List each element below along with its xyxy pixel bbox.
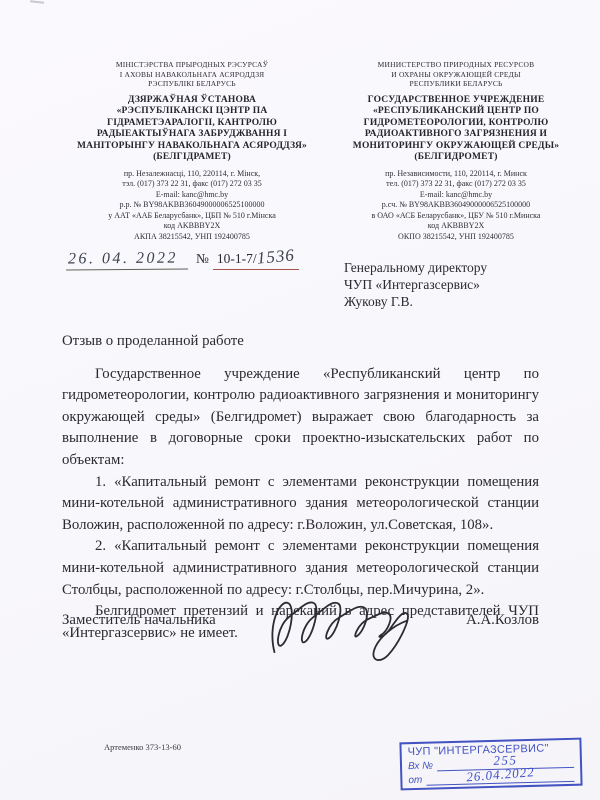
scan-artifact [30,0,44,3]
recipient-block: Генеральному директору ЧУП «Интергазсерв… [344,259,487,310]
org-line: ГІДРАМЕТЭАРАЛОГІІ, КАНТРОЛЮ [60,118,324,130]
org-line: ГОСУДАРСТВЕННОЕ УЧРЕЖДЕНИЕ [333,95,579,107]
org-line: (БЕЛГИДРОМЕТ) [333,152,579,164]
address-line: пр. Независимости, 110, 220114, г. Минск [333,169,579,180]
address-line: код AKBBBY2X [333,221,579,232]
handwritten-date: 26. 04. 2022 [66,249,188,270]
org-line: ДЗЯРЖАЎНАЯ ЎСТАНОВА [60,95,324,107]
org-line: МОНИТОРИНГУ ОКРУЖАЮЩЕЙ СРЕДЫ» [333,141,579,153]
ministry-line: РЭСПУБЛІКІ БЕЛАРУСЬ [60,79,324,89]
stamp-date-label: от [408,775,426,786]
address-line: E-mail: kanc@hmc.by [60,190,324,201]
address-block-ru: пр. Независимости, 110, 220114, г. Минск… [333,169,579,243]
address-block-by: пр. Незалежнасці, 110, 220114, г. Мінск,… [60,169,324,243]
incoming-stamp: ЧУП "ИНТЕРГАЗСЕРВИС" Вх № 255 от 26.04.2… [399,738,582,791]
letterhead-russian: МИНИСТЕРСТВО ПРИРОДНЫХ РЕСУРСОВ И ОХРАНЫ… [333,60,579,242]
address-line: пр. Незалежнасці, 110, 220114, г. Мінск, [60,169,324,180]
address-line: код AKBBBY2X [60,221,324,232]
signature-scribble [265,585,430,673]
letterhead-belarusian: МІНІСТЭРСТВА ПРЫРОДНЫХ РЭСУРСАЎ І АХОВЫ … [60,60,324,242]
ministry-block-ru: МИНИСТЕРСТВО ПРИРОДНЫХ РЕСУРСОВ И ОХРАНЫ… [333,60,579,89]
number-sign: № [188,251,213,266]
org-line: ГИДРОМЕТЕОРОЛОГИИ, КОНТРОЛЮ [333,118,579,130]
address-line: у ААТ «ААБ Беларусбанк», ЦБП № 510 г.Мін… [60,211,324,222]
ministry-line: РЕСПУБЛИКИ БЕЛАРУСЬ [333,79,579,89]
ministry-line: МИНИСТЕРСТВО ПРИРОДНЫХ РЕСУРСОВ [333,60,579,70]
ministry-line: И ОХРАНЫ ОКРУЖАЮЩЕЙ СРЕДЫ [333,70,579,80]
address-line: ОКПО 38215542, УНП 192400785 [333,232,579,243]
org-line: РАДИОАКТИВНОГО ЗАГРЯЗНЕНИЯ И [333,129,579,141]
recipient-line: ЧУП «Интергазсервис» [344,276,487,293]
executor-note: Артеменко 373-13-60 [104,742,181,752]
signer-title: Заместитель начальника [62,612,216,629]
org-line: «РЕСПУБЛИКАНСКИЙ ЦЕНТР ПО [333,106,579,118]
number-handwritten-part: 1536 [256,245,296,268]
stamp-date-line: 26.04.2022 [426,767,574,786]
body-paragraph: Государственное учреждение «Республиканс… [62,364,539,472]
signer-name: А.А.Козлов [466,612,539,629]
org-line: МАНІТОРЫНГУ НАВАКОЛЬНАГА АСЯРОДДЗЯ» [60,141,324,153]
signature-row: Заместитель начальника А.А.Козлов [62,612,539,629]
stamp-date-handwritten: 26.04.2022 [466,766,535,783]
organization-name-ru: ГОСУДАРСТВЕННОЕ УЧРЕЖДЕНИЕ «РЕСПУБЛИКАНС… [333,95,579,164]
date-and-number-line: 26. 04. 2022№10-1-7/1536 [66,248,299,270]
org-line: «РЭСПУБЛІКАНСКІ ЦЭНТР ПА [60,106,324,118]
body-list-item-1: 1. «Капитальный ремонт с элементами реко… [62,472,539,537]
org-line: (БЕЛГІДРАМЕТ) [60,152,324,164]
address-line: тэл. (017) 373 22 31, факс (017) 272 03 … [60,179,324,190]
address-line: р.сч. № BY98AKBB36049000006525100000 [333,200,579,211]
address-line: в ОАО «АСБ Беларусбанк», ЦБУ № 510 г.Мин… [333,211,579,222]
address-line: тел. (017) 373 22 31, факс (017) 272 03 … [333,179,579,190]
outgoing-number: 10-1-7/1536 [213,248,299,270]
number-typed-part: 10-1-7/ [217,251,257,266]
recipient-line: Жукову Г.В. [344,293,487,310]
ministry-line: МІНІСТЭРСТВА ПРЫРОДНЫХ РЭСУРСАЎ [60,60,324,70]
address-line: р.р. № BY98AKBB36049000006525100000 [60,200,324,211]
subject-line: Отзыв о проделанной работе [62,331,539,353]
scanned-letter-page: МІНІСТЭРСТВА ПРЫРОДНЫХ РЭСУРСАЎ І АХОВЫ … [0,0,600,800]
address-line: E-mail: kanc@hmc.by [333,190,579,201]
address-line: АКПА 38215542, УНП 192400785 [60,232,324,243]
organization-name-by: ДЗЯРЖАЎНАЯ ЎСТАНОВА «РЭСПУБЛІКАНСКІ ЦЭНТ… [60,95,324,164]
org-line: РАДЫЕАКТЫЎНАГА ЗАБРУДЖВАННЯ І [60,129,324,141]
stamp-date-row: от 26.04.2022 [408,768,574,786]
ministry-line: І АХОВЫ НАВАКОЛЬНАГА АСЯРОДДЗЯ [60,70,324,80]
ministry-block-by: МІНІСТЭРСТВА ПРЫРОДНЫХ РЭСУРСАЎ І АХОВЫ … [60,60,324,89]
recipient-line: Генеральному директору [344,259,487,276]
